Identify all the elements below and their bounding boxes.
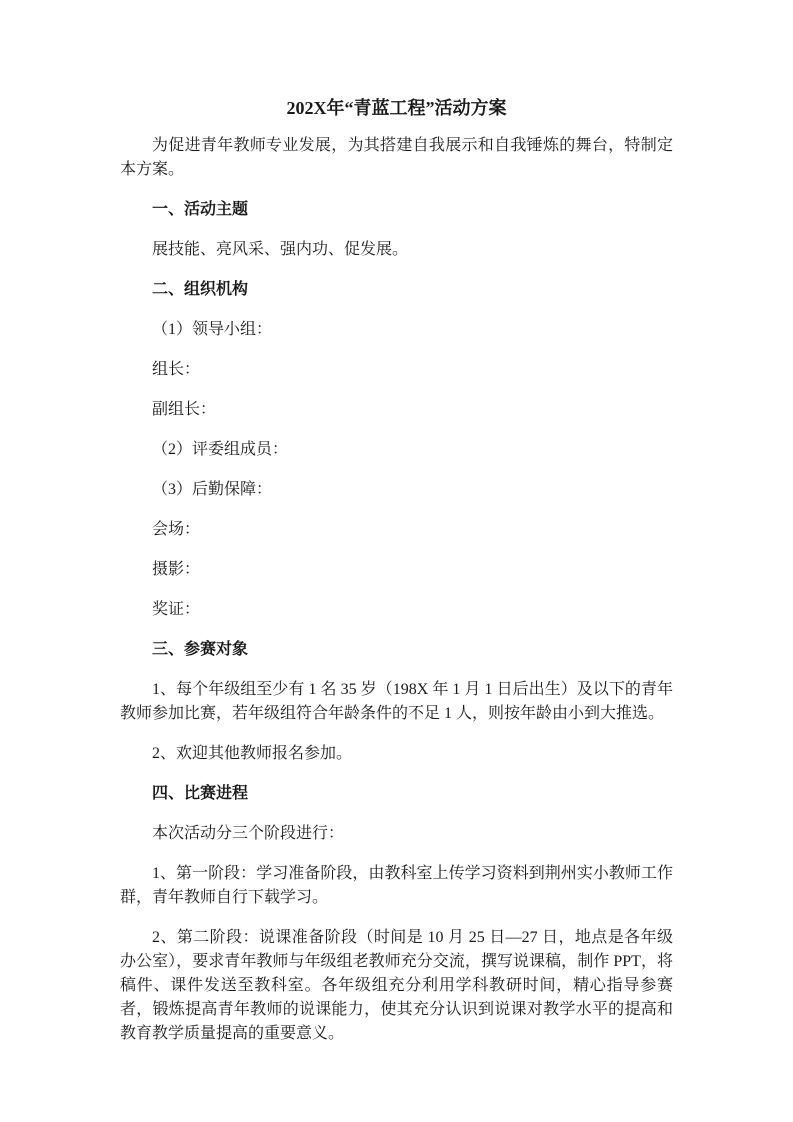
- document-title: 202X年“青蓝工程”活动方案: [120, 94, 673, 122]
- paragraph-participants-rule-1: 1、每个年级组至少有 1 名 35 岁（198X 年 1 月 1 日后出生）及以…: [120, 678, 673, 726]
- paragraph-stage-1: 1、第一阶段：学习准备阶段，由教科室上传学习资料到荆州实小教师工作群，青年教师自…: [120, 862, 673, 910]
- paragraph-leading-group: （1）领导小组：: [120, 318, 673, 342]
- paragraph-logistics: （3）后勤保障：: [120, 478, 673, 502]
- section-heading-competition-process: 四、比赛进程: [120, 782, 673, 806]
- paragraph-stage-2: 2、第二阶段：说课准备阶段（时间是 10 月 25 日—27 日，地点是各年级办…: [120, 926, 673, 1046]
- paragraph-photography: 摄影：: [120, 558, 673, 582]
- paragraph-process-intro: 本次活动分三个阶段进行：: [120, 822, 673, 846]
- section-heading-organization: 二、组织机构: [120, 278, 673, 302]
- section-heading-activity-theme: 一、活动主题: [120, 198, 673, 222]
- paragraph-participants-rule-2: 2、欢迎其他教师报名参加。: [120, 742, 673, 766]
- paragraph-intro: 为促进青年教师专业发展，为其搭建自我展示和自我锤炼的舞台，特制定本方案。: [120, 134, 673, 182]
- document-page: 202X年“青蓝工程”活动方案 为促进青年教师专业发展，为其搭建自我展示和自我锤…: [0, 0, 793, 1122]
- section-heading-participants: 三、参赛对象: [120, 638, 673, 662]
- paragraph-judges-panel: （2）评委组成员：: [120, 438, 673, 462]
- paragraph-deputy-group-leader: 副组长：: [120, 398, 673, 422]
- paragraph-activity-theme: 展技能、亮风采、强内功、促发展。: [120, 238, 673, 262]
- paragraph-award-certificates: 奖证：: [120, 598, 673, 622]
- paragraph-group-leader: 组长：: [120, 358, 673, 382]
- paragraph-venue: 会场：: [120, 518, 673, 542]
